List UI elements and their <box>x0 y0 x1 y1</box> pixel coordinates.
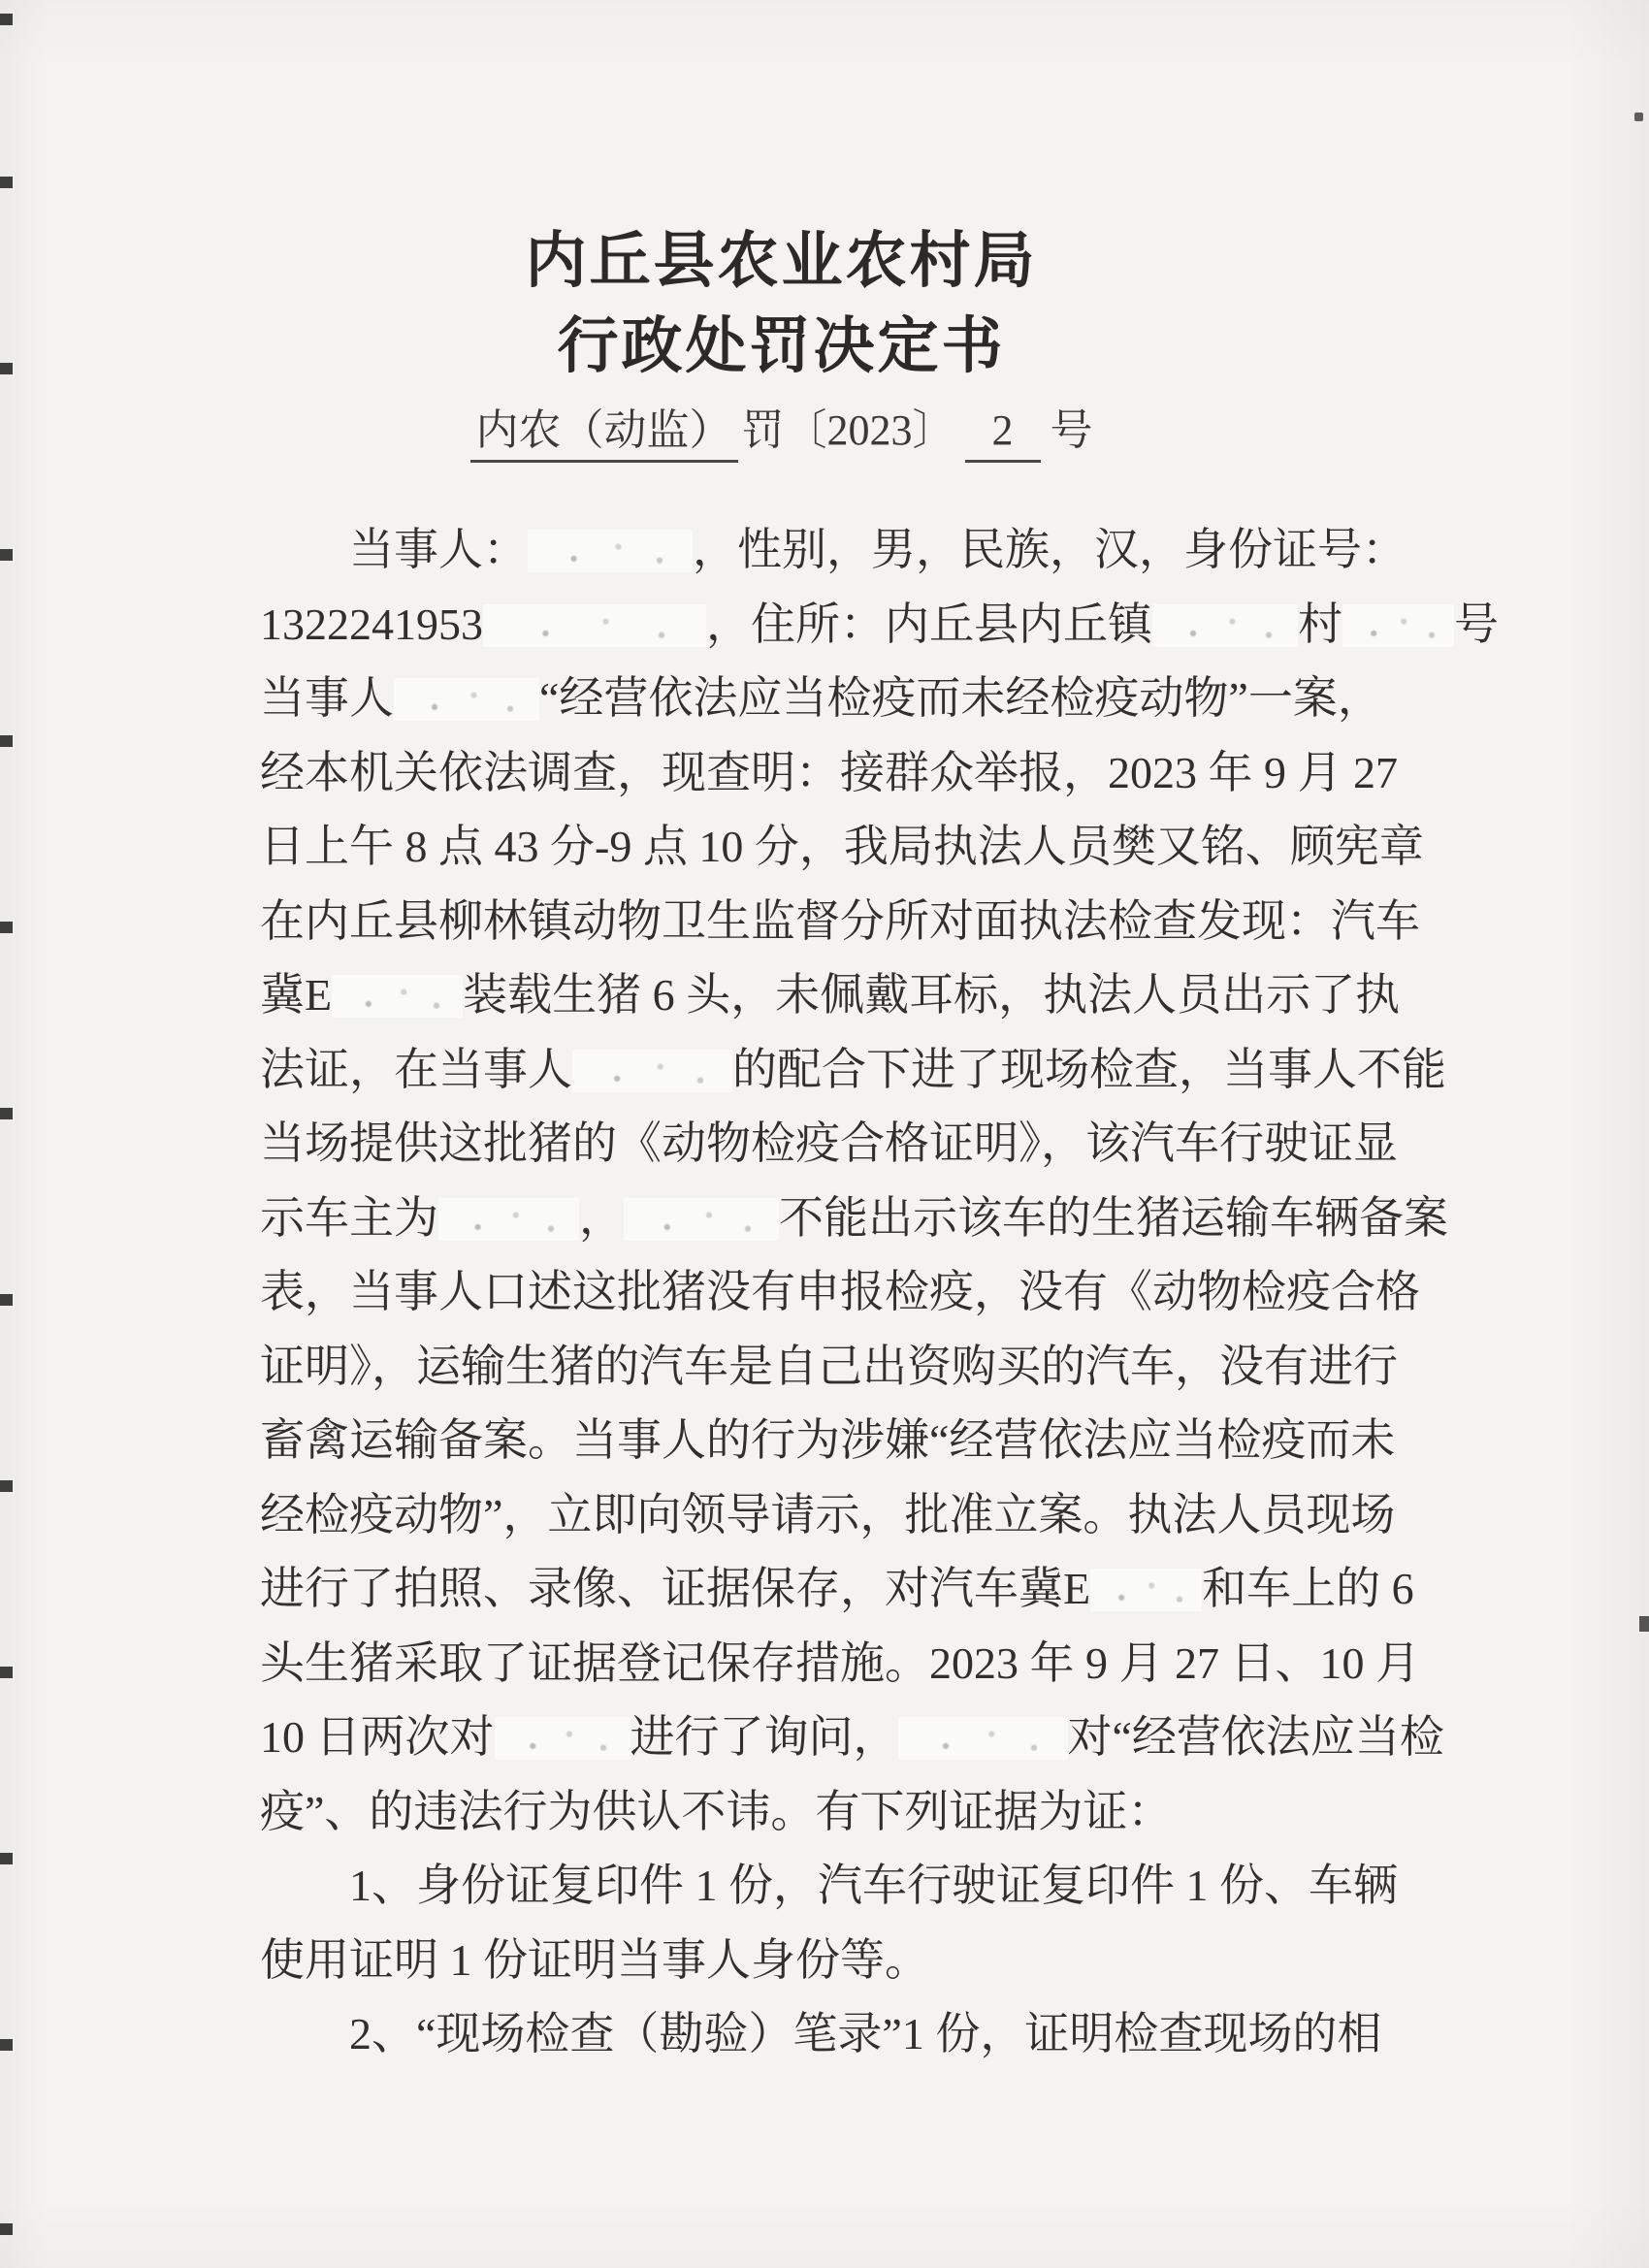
redaction-blank <box>624 1198 779 1241</box>
scan-artifact-mark <box>0 2223 13 2235</box>
body-line: 进行了拍照、录像、证据保存，对汽车冀E和车上的 6 <box>260 1552 1303 1627</box>
doc-number-suffix: 号 <box>1051 406 1093 454</box>
scan-artifact-mark <box>0 735 13 747</box>
body-line: 当场提供这批猪的《动物检疫合格证明》，该汽车行驶证显 <box>260 1107 1303 1182</box>
body-line: 10 日两次对进行了询问，对“经营依法应当检 <box>260 1701 1303 1775</box>
doc-number-value: 2 <box>965 406 1041 463</box>
body-line: 表，当事人口述这批猪没有申报检疫，没有《动物检疫合格 <box>260 1255 1303 1330</box>
redaction-blank <box>495 1717 630 1760</box>
scan-artifact-mark <box>0 363 13 374</box>
body-line: 经检疫动物”，立即向领导请示，批准立案。执法人员现场 <box>260 1478 1303 1553</box>
scan-artifact-mark <box>0 1667 13 1678</box>
scan-artifact-mark <box>0 14 13 25</box>
body-line: 法证，在当事人的配合下进了现场检查，当事人不能 <box>260 1033 1303 1108</box>
body-line: 冀E装载生猪 6 头，未佩戴耳标，执法人员出示了执 <box>260 958 1303 1033</box>
scan-artifact-dot <box>1634 113 1643 121</box>
body-line: 2、“现场检查（勘验）笔录”1 份，证明检查现场的相 <box>260 1997 1303 2072</box>
scan-artifact-mark <box>0 1480 13 1492</box>
body-text: 当事人：，性别，男，民族，汉，身份证号：1322241953，住所：内丘县内丘镇… <box>260 513 1303 2072</box>
scan-artifact-dash <box>1639 1616 1649 1632</box>
body-line: 示车主为，不能出示该车的生猪运输车辆备案 <box>260 1182 1303 1256</box>
body-line: 畜禽运输备案。当事人的行为涉嫌“经营依法应当检疫而未 <box>260 1404 1303 1478</box>
document-content: 内丘县农业农村局 行政处罚决定书 内农（动监）罚〔2023〕2号 当事人：，性别… <box>260 218 1303 2072</box>
scan-artifact-mark <box>0 1294 13 1306</box>
body-line: 在内丘县柳林镇动物卫生监督分所对面执法检查发现：汽车 <box>260 885 1303 959</box>
document-number: 内农（动监）罚〔2023〕2号 <box>260 399 1303 463</box>
redaction-blank <box>332 975 463 1018</box>
scan-artifact-mark <box>0 1108 13 1119</box>
scan-artifact-mark <box>0 177 13 188</box>
body-line: 1322241953，住所：内丘县内丘镇村号 <box>260 588 1303 663</box>
redaction-blank <box>528 530 693 572</box>
redaction-blank <box>394 678 539 721</box>
redaction-blank <box>1090 1569 1202 1611</box>
scan-artifact-mark <box>0 2039 13 2051</box>
redaction-blank <box>438 1198 579 1241</box>
body-line: 日上午 8 点 43 分-9 点 10 分，我局执法人员樊又铭、顾宪章 <box>260 810 1303 885</box>
scan-artifact-mark <box>0 549 13 561</box>
body-line: 使用证明 1 份证明当事人身份等。 <box>260 1924 1303 1998</box>
body-line: 1、身份证复印件 1 份，汽车行驶证复印件 1 份、车辆 <box>260 1849 1303 1924</box>
redaction-blank <box>483 604 706 647</box>
body-line: 证明》，运输生猪的汽车是自己出资购买的汽车，没有进行 <box>260 1330 1303 1405</box>
body-line: 经本机关依法调查，现查明：接群众举报，2023 年 9 月 27 <box>260 736 1303 811</box>
document-title-line-1: 内丘县农业农村局 <box>260 218 1303 304</box>
redaction-blank <box>572 1050 732 1092</box>
doc-number-prefix: 内农（动监） <box>470 406 738 463</box>
body-line: 头生猪采取了证据登记保存措施。2023 年 9 月 27 日、10 月 <box>260 1627 1303 1701</box>
document-title-line-2: 行政处罚决定书 <box>260 304 1303 389</box>
body-line: 当事人“经营依法应当检疫而未经检疫动物”一案， <box>260 662 1303 736</box>
scan-artifact-mark <box>0 1853 13 1864</box>
redaction-blank <box>1152 604 1298 647</box>
body-line: 疫”、的违法行为供认不讳。有下列证据为证： <box>260 1775 1303 1850</box>
scanned-document-page: 内丘县农业农村局 行政处罚决定书 内农（动监）罚〔2023〕2号 当事人：，性别… <box>0 0 1649 2268</box>
body-line: 当事人：，性别，男，民族，汉，身份证号： <box>260 513 1303 588</box>
redaction-blank <box>1342 604 1454 647</box>
scan-artifact-mark <box>0 922 13 933</box>
redaction-blank <box>898 1717 1068 1760</box>
doc-number-middle: 罚〔2023〕 <box>742 406 955 454</box>
